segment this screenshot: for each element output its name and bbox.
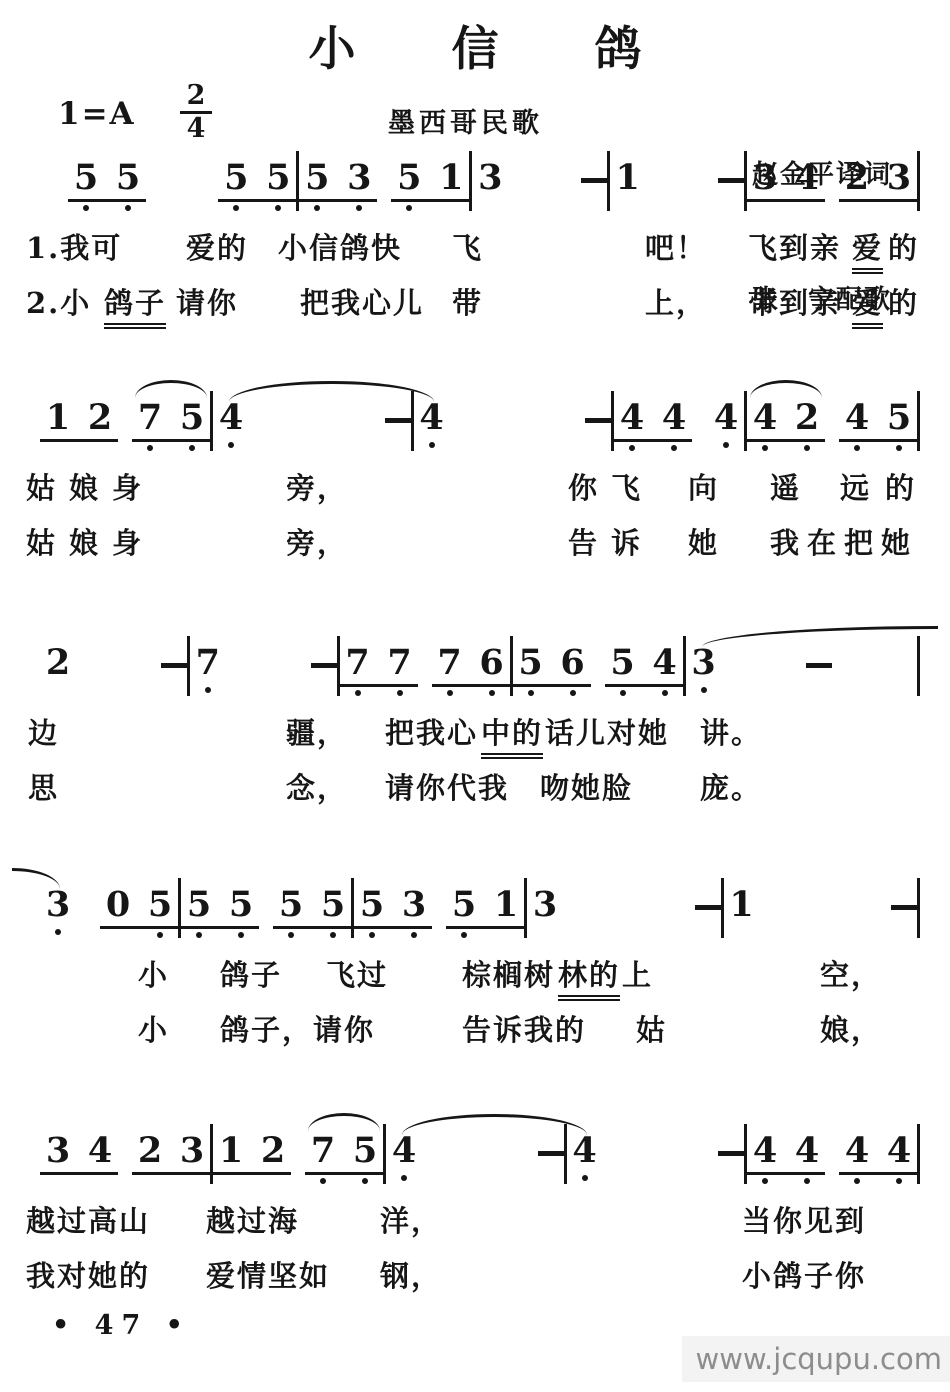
octave-dot	[896, 445, 902, 451]
octave-dot	[401, 1175, 407, 1181]
lyrics-row: 姑娘身旁，告诉她我在把她	[0, 521, 950, 563]
note-numbers: 55	[218, 158, 296, 202]
note-number: 4	[750, 398, 780, 437]
octave-dot-row	[218, 205, 296, 213]
note-numbers: 4	[213, 398, 249, 439]
note-number: 6	[477, 643, 507, 682]
octave-dot-cell	[792, 1178, 822, 1186]
lyric-segment: 林的	[558, 953, 620, 1001]
note-number: 4	[570, 1131, 600, 1170]
octave-dot-row	[839, 205, 917, 213]
octave-dot-row	[446, 932, 524, 940]
octave-dot	[356, 205, 362, 211]
octave-dot-row	[391, 205, 469, 213]
note-number: 3	[884, 158, 914, 197]
note-group: 23	[132, 1131, 210, 1186]
barline	[917, 391, 920, 451]
note-group: 44	[614, 398, 692, 453]
note-numbers: 54	[605, 643, 683, 687]
octave-dot	[582, 1175, 588, 1181]
note-number: 5	[113, 158, 143, 197]
note-number: 4	[617, 398, 647, 437]
note-group: 55	[218, 158, 296, 213]
octave-dot	[447, 690, 453, 696]
octave-dot	[620, 690, 626, 696]
octave-dot-row	[213, 1178, 291, 1186]
lyric-segment: 钢，	[380, 1254, 442, 1295]
note-numbers: 12	[40, 398, 118, 442]
octave-dot-row	[472, 202, 508, 210]
note-number: 5	[145, 885, 175, 924]
octave-dot	[189, 445, 195, 451]
octave-dot	[314, 205, 320, 211]
lyric-segment: 远的	[840, 466, 930, 507]
octave-dot-row	[414, 442, 450, 450]
octave-dot-cell	[435, 690, 465, 698]
octave-dot-row	[610, 202, 646, 210]
note-number: 4	[750, 1131, 780, 1170]
note-number: 4	[659, 398, 689, 437]
lyric-segment: 娘，	[820, 1008, 882, 1049]
note-number: 5	[276, 885, 306, 924]
note-numbers: 44	[839, 1131, 917, 1175]
octave-dot	[854, 1178, 860, 1184]
tie-arc	[12, 868, 60, 889]
page-title: 小信鸽	[0, 12, 950, 79]
octave-dot-cell	[436, 205, 466, 213]
note-number: 1	[43, 398, 73, 437]
spacer	[760, 885, 892, 886]
octave-dot	[83, 205, 89, 211]
octave-dot	[147, 445, 153, 451]
note: 4	[708, 398, 744, 450]
octave-dot-row	[305, 1178, 383, 1186]
lyric-segment: 边	[28, 711, 59, 752]
octave-dot	[228, 442, 234, 448]
octave-dot	[233, 205, 239, 211]
note-number: 5	[516, 643, 546, 682]
octave-dot-cell	[193, 687, 223, 695]
octave-dot-cell	[650, 690, 680, 698]
octave-dot	[854, 445, 860, 451]
lyrics-row: 姑娘身旁，你飞向遥远的	[0, 466, 950, 508]
note-number: 3	[43, 1131, 73, 1170]
tie-arc	[229, 381, 434, 402]
note-number: 7	[135, 398, 165, 437]
octave-dot-cell	[135, 1178, 165, 1186]
octave-dot-row	[190, 687, 226, 695]
note-number: 4	[842, 1131, 872, 1170]
note-number: 3	[475, 158, 505, 197]
lyric-segment: 讲。	[700, 711, 762, 752]
lyric-segment: 我在把她	[770, 521, 918, 562]
octave-dot-cell	[884, 445, 914, 453]
octave-dot-cell	[750, 205, 780, 213]
music-line: 55555351313423	[40, 158, 920, 213]
note-number: 5	[884, 398, 914, 437]
note-group: 34	[747, 158, 825, 213]
octave-dot-cell	[184, 932, 214, 940]
title-character: 鸽	[595, 12, 642, 79]
octave-dot-cell	[350, 1178, 380, 1186]
note-group: 44	[839, 1131, 917, 1186]
octave-dot-row	[513, 690, 591, 698]
octave-dot-row	[68, 205, 146, 213]
octave-dot-row	[605, 690, 683, 698]
note-number: 3	[399, 885, 429, 924]
note-number: 5	[350, 1131, 380, 1170]
note-number: 5	[184, 885, 214, 924]
octave-dot-row	[40, 929, 76, 937]
octave-dot-cell	[689, 687, 719, 695]
octave-dot-cell	[43, 929, 73, 937]
note-number: 4	[216, 398, 246, 437]
lyric-segment: 小	[138, 1008, 169, 1049]
octave-dot-row	[273, 932, 351, 940]
note-group: 53	[354, 885, 432, 940]
note-number: 4	[389, 1131, 419, 1170]
octave-dot	[320, 1178, 326, 1184]
lyric-segment: 鸽子	[104, 281, 166, 329]
note-group: 53	[299, 158, 377, 213]
note-numbers: 4	[414, 398, 450, 439]
octave-dot-row	[747, 1178, 825, 1186]
note-numbers: 44	[614, 398, 692, 442]
octave-dot-cell	[399, 932, 429, 940]
octave-dot-row	[181, 932, 259, 940]
note-number: 7	[343, 643, 373, 682]
note: 4	[567, 1131, 603, 1183]
spacer	[825, 158, 839, 159]
lyrics-row: 我对她的爱情坚如钢，小鸽子你	[0, 1254, 950, 1296]
octave-dot	[701, 687, 707, 693]
octave-dot-cell	[491, 932, 521, 940]
lyrics-row: 小鸽子飞过棕榈树林的上空，	[0, 953, 950, 995]
octave-dot-row	[747, 205, 825, 213]
note-number: 6	[558, 643, 588, 682]
octave-dot-cell	[226, 932, 256, 940]
lyrics-row: 2.小鸽子请你把我心儿带上，带到亲爱的	[0, 281, 950, 323]
note-numbers: 45	[839, 398, 917, 442]
note-group: 34	[40, 1131, 118, 1186]
note-number: 3	[530, 885, 560, 924]
barline	[917, 151, 920, 211]
note: 2	[40, 643, 76, 695]
lyric-segment: 2.小	[26, 281, 91, 322]
note-group: 51	[391, 158, 469, 213]
octave-dot	[369, 932, 375, 938]
lyric-segment: 鸽子	[220, 953, 282, 994]
octave-dot-row	[213, 442, 249, 450]
spacer	[76, 885, 100, 886]
octave-dot-cell	[258, 1178, 288, 1186]
spacer	[40, 158, 68, 159]
octave-dot-row	[100, 932, 178, 940]
lyric-segment: 小鸽子你	[742, 1254, 866, 1295]
note-number: 7	[308, 1131, 338, 1170]
octave-dot-row	[567, 1175, 603, 1183]
octave-dot-row	[132, 445, 210, 453]
note-group: 76	[432, 643, 510, 698]
spacer	[591, 643, 605, 644]
octave-dot-cell	[318, 932, 348, 940]
lyric-segment: 疆，	[286, 711, 348, 752]
lyric-segment: 思	[28, 766, 59, 807]
note-numbers: 12	[213, 1131, 291, 1175]
note-number: 4	[417, 398, 447, 437]
octave-dot	[275, 205, 281, 211]
octave-dot-cell	[276, 932, 306, 940]
note: 4	[414, 398, 450, 450]
octave-dot	[205, 687, 211, 693]
note: 1	[724, 885, 760, 937]
lyrics-row: 小鸽子，请你告诉我的姑娘，	[0, 1008, 950, 1050]
note-number: 1	[727, 885, 757, 924]
octave-dot-cell	[43, 1178, 73, 1186]
lyric-segment: 姑	[636, 1008, 667, 1049]
octave-dot	[461, 932, 467, 938]
octave-dot-cell	[344, 205, 374, 213]
lyric-segment: 小信鸽快	[278, 226, 402, 267]
note-number: 2	[842, 158, 872, 197]
octave-dot-cell	[417, 442, 447, 450]
spacer	[825, 1131, 839, 1132]
lyric-segment: 小	[138, 953, 169, 994]
note-group: 55	[273, 885, 351, 940]
note-number: 0	[103, 885, 133, 924]
note-numbers: 53	[299, 158, 377, 202]
note: 3	[527, 885, 563, 937]
note-numbers: 1	[724, 885, 760, 926]
note-number: 4	[842, 398, 872, 437]
octave-dot-cell	[177, 445, 207, 453]
note: 7	[190, 643, 226, 695]
lyric-segment: 吧！	[645, 226, 707, 267]
duration-dash	[718, 1151, 744, 1156]
note-number: 1	[216, 1131, 246, 1170]
note-numbers: 3	[527, 885, 563, 926]
note-number: 3	[177, 1131, 207, 1170]
note-numbers: 56	[513, 643, 591, 687]
octave-dot	[528, 690, 534, 696]
duration-dash	[718, 178, 744, 183]
octave-dot-cell	[85, 445, 115, 453]
octave-dot-cell	[659, 445, 689, 453]
octave-dot-row	[40, 445, 118, 453]
spacer	[76, 643, 161, 644]
tie-arc	[402, 1114, 587, 1135]
octave-dot-cell	[613, 202, 643, 210]
note-numbers: 51	[446, 885, 524, 929]
note-number: 2	[135, 1131, 165, 1170]
lyric-segment: 棕榈树	[462, 953, 555, 994]
lyric-segment: 遥	[770, 466, 801, 507]
lyric-segment: 空，	[820, 953, 882, 994]
note-numbers: 1	[610, 158, 646, 199]
octave-dot-row	[839, 1178, 917, 1186]
octave-dot	[362, 1178, 368, 1184]
lyric-segment: 旁，	[286, 466, 348, 507]
octave-dot-cell	[750, 1178, 780, 1186]
note-numbers: 05	[100, 885, 178, 929]
lyric-segment: 飞	[452, 226, 483, 267]
octave-dot-row	[527, 929, 563, 937]
octave-dot-cell	[477, 690, 507, 698]
note-number: 5	[449, 885, 479, 924]
octave-dot-cell	[711, 442, 741, 450]
spacer	[377, 158, 391, 159]
watermark: www.jcqupu.com	[696, 1342, 942, 1376]
note-number: 5	[302, 158, 332, 197]
music-line: 34231275444444	[40, 1131, 920, 1186]
octave-dot-cell	[221, 205, 251, 213]
octave-dot-cell	[750, 445, 780, 453]
note-number: 5	[71, 158, 101, 197]
barline	[917, 878, 920, 938]
lyric-segment: 念，	[286, 766, 348, 807]
octave-dot	[55, 929, 61, 935]
time-signature-denominator: 4	[178, 115, 214, 143]
octave-dot-row	[40, 1178, 118, 1186]
page-number: • 47 •	[52, 1310, 191, 1341]
octave-dot-cell	[449, 932, 479, 940]
note-group: 05	[100, 885, 178, 940]
lyric-segment: 飞到亲	[748, 226, 841, 267]
note-numbers: 55	[273, 885, 351, 929]
octave-dot	[397, 690, 403, 696]
note-group: 75	[132, 398, 210, 453]
octave-dot-cell	[43, 445, 73, 453]
octave-dot-row	[132, 1178, 210, 1186]
octave-dot-row	[40, 687, 76, 695]
music-line: 27777656543	[40, 643, 920, 698]
note-number: 5	[318, 885, 348, 924]
note-numbers: 53	[354, 885, 432, 929]
note-group: 55	[68, 158, 146, 213]
octave-dot-cell	[103, 932, 133, 940]
octave-dot-cell	[842, 1178, 872, 1186]
note-numbers: 3	[472, 158, 508, 199]
octave-dot-cell	[792, 205, 822, 213]
note-group: 56	[513, 643, 591, 698]
lyric-segment: 把我心	[385, 711, 478, 752]
note-numbers: 51	[391, 158, 469, 202]
title-character: 信	[452, 12, 499, 79]
octave-dot-cell	[530, 929, 560, 937]
note-number: 3	[689, 643, 719, 682]
lyric-segment: 的	[888, 281, 919, 322]
duration-dash	[806, 663, 832, 668]
note-number: 4	[650, 643, 680, 682]
lyric-segment: 当你见到	[742, 1199, 866, 1240]
note-group: 55	[181, 885, 259, 940]
spacer	[692, 398, 708, 399]
octave-dot-cell	[385, 690, 415, 698]
lyric-segment: 鸽子，请你	[220, 1008, 375, 1049]
spacer	[508, 158, 580, 159]
note-number: 2	[85, 398, 115, 437]
octave-dot	[570, 690, 576, 696]
octave-dot	[723, 442, 729, 448]
octave-dot-cell	[216, 442, 246, 450]
note-number: 2	[258, 1131, 288, 1170]
duration-dash	[891, 905, 917, 910]
duration-dash	[311, 663, 337, 668]
note-numbers: 77	[340, 643, 418, 687]
octave-dot-cell	[135, 445, 165, 453]
octave-dot	[196, 932, 202, 938]
note-number: 7	[193, 643, 223, 682]
time-signature: 2 4	[178, 82, 214, 144]
note-number: 1	[436, 158, 466, 197]
lyric-segment: 越过高山	[26, 1199, 150, 1240]
note-number: 4	[85, 1131, 115, 1170]
octave-dot-cell	[558, 690, 588, 698]
lyric-segment: 庞。	[700, 766, 762, 807]
note-numbers: 55	[68, 158, 146, 202]
octave-dot-row	[839, 445, 917, 453]
lyrics-row: 边疆，把我心中的话儿对她讲。	[0, 711, 950, 753]
note-numbers: 7	[190, 643, 226, 684]
note-group: 42	[747, 398, 825, 453]
octave-dot	[330, 932, 336, 938]
octave-dot	[238, 932, 244, 938]
octave-dot-cell	[884, 205, 914, 213]
spacer	[118, 398, 132, 399]
note-number: 4	[711, 398, 741, 437]
lyric-segment: 请你代我	[385, 766, 509, 807]
octave-dot	[804, 445, 810, 451]
lyric-segment: 请你	[176, 281, 238, 322]
octave-dot-cell	[302, 205, 332, 213]
octave-dot	[355, 690, 361, 696]
lyric-segment: 越过海	[206, 1199, 299, 1240]
note-numbers: 23	[839, 158, 917, 202]
note-group: 54	[605, 643, 683, 698]
note-numbers: 2	[40, 643, 76, 684]
octave-dot	[125, 205, 131, 211]
spacer	[291, 1131, 305, 1132]
octave-dot-cell	[85, 1178, 115, 1186]
note: 1	[610, 158, 646, 210]
octave-dot-cell	[216, 1178, 246, 1186]
octave-dot-cell	[43, 687, 73, 695]
music-line: 3055555535131	[40, 885, 920, 940]
lyric-segment: 爱情坚如	[206, 1254, 330, 1295]
note-numbers: 55	[181, 885, 259, 929]
spacer	[432, 885, 446, 886]
spacer	[146, 158, 218, 159]
note-number: 5	[608, 643, 638, 682]
octave-dot-cell	[516, 690, 546, 698]
octave-dot	[804, 1178, 810, 1184]
lyric-segment: 的	[888, 226, 919, 267]
octave-dot-cell	[177, 1178, 207, 1186]
octave-dot-cell	[475, 202, 505, 210]
note-numbers: 75	[132, 398, 210, 442]
lyric-segment: 飞过	[326, 953, 388, 994]
octave-dot-cell	[842, 445, 872, 453]
note-group: 12	[40, 398, 118, 453]
note-numbers: 75	[305, 1131, 383, 1175]
octave-dot-cell	[570, 1175, 600, 1183]
octave-dot-row	[708, 442, 744, 450]
octave-dot-cell	[727, 929, 757, 937]
music-line: 1275444444245	[40, 398, 920, 453]
note-numbers: 34	[747, 158, 825, 202]
note-number: 5	[357, 885, 387, 924]
note-number: 4	[792, 158, 822, 197]
